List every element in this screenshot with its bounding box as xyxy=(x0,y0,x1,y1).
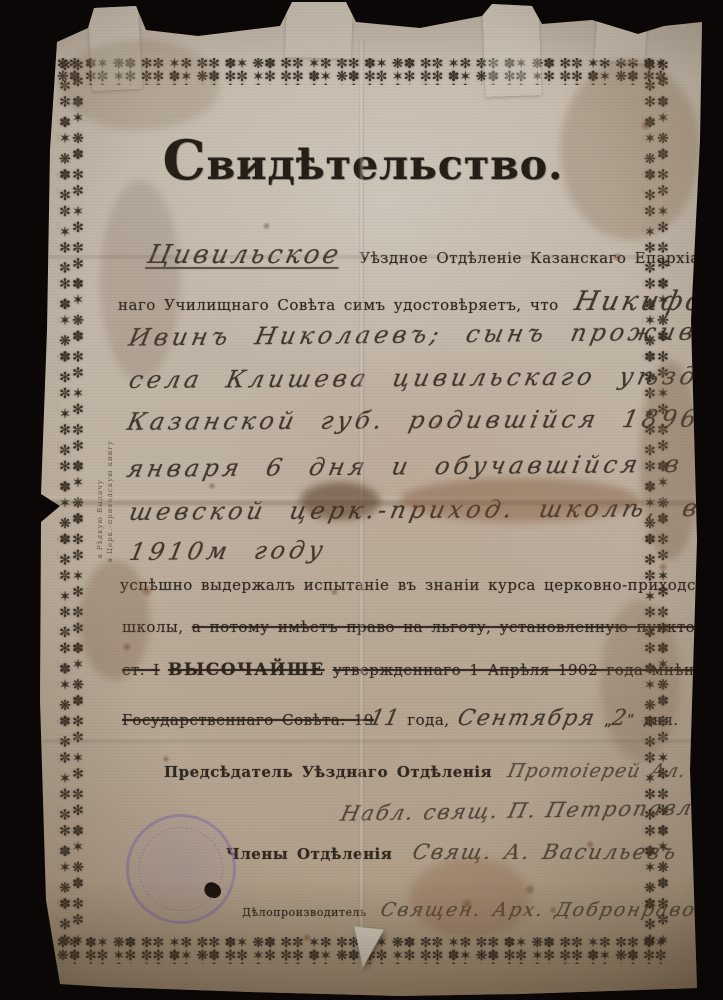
struck-privilege-text: а потому имѣетъ право на льготу, установ… xyxy=(192,618,723,636)
printed-goda: года, xyxy=(407,711,449,729)
document-paper: ✼✻ ✽✶ ❋✽ ✻✼ ✶✻ ✼✻ ✽✶ ❋✽ ✻✼ ✶✻ ✼✻ ✽✶ ❋✽ ✻… xyxy=(0,0,723,1000)
intro-line-1: Цивильское Уѣздное Отдѣленіе Казанскаго … xyxy=(148,240,723,270)
struck-article: ст. I xyxy=(122,661,160,679)
printed-law-line: ст. I ВЫСОЧАЙШЕ утвержденнаго 1 Апрѣля 1… xyxy=(122,660,710,680)
star-border-left-icon: ✼✻ ✽✶ ❋✽ ✻✼ ✶✻ ✼✻ ✽✶ ❋✽ ✻✼ ✶✻ ✼✻ ✽✶ ❋✽ ✻… xyxy=(57,58,84,964)
margin-note: в Рѣдкую Выдачу xyxy=(96,479,104,559)
printed-intro-1: Уѣздное Отдѣленіе Казанскаго Епархіаль- xyxy=(359,249,723,267)
members-label: Члены Отдѣленія xyxy=(226,845,392,863)
tape-remnant xyxy=(482,1,541,97)
tape-remnant xyxy=(285,0,353,59)
chairman-row: Предсѣдатель Уѣзднаго Отдѣленія Протоіер… xyxy=(164,760,723,782)
handwritten-place: Цивильское xyxy=(145,240,345,270)
struck-imperial-word: ВЫСОЧАЙШЕ xyxy=(168,660,325,680)
clerk-row: Дѣлопроизводитель Священ. Арх. Добронрав… xyxy=(242,899,723,921)
struck-law-rest: утвержденнаго 1 Апрѣля 1902 года мнѣнія xyxy=(333,661,710,679)
clerk-signature: Священ. Арх. Добронравовъ xyxy=(378,899,723,921)
chairman-signature: Протоіерей Ал. Вознесенскій xyxy=(506,760,723,782)
handwritten-line: 1910м году xyxy=(127,536,329,566)
member-signature: Свящ. А. Васильевъ xyxy=(410,840,680,864)
handwritten-surname: Никифоровъ xyxy=(572,286,723,317)
struck-council: Государственнаго Совѣта. 19 xyxy=(122,711,374,729)
printed-school-word: школы, xyxy=(122,618,184,636)
handwritten-line: января 6 дня и обучавшійся в Кли- xyxy=(125,449,723,483)
printed-dnya: дня. xyxy=(643,711,678,729)
handwritten-year: 11 xyxy=(367,706,401,731)
members-row: Члены Отдѣленія Свящ. А. Васильевъ xyxy=(226,840,677,864)
printed-privilege-line: школы, а потому имѣетъ право на льготу, … xyxy=(122,618,723,636)
paper-fold-corner xyxy=(350,927,384,970)
tape-remnant xyxy=(88,5,142,92)
chairman-label: Предсѣдатель Уѣзднаго Отдѣленія xyxy=(164,763,492,781)
handwritten-line: села Клишева цивильскаго уѣзда xyxy=(127,362,721,394)
intro-line-2: наго Училищнаго Совѣта симъ удостовѣряет… xyxy=(118,286,723,317)
printed-date-line: Государственнаго Совѣта. 1911 года, Сент… xyxy=(122,706,679,731)
certificate-title: Свидѣтельство. xyxy=(57,128,669,192)
handwritten-line: Казанской губ. родившійся 1896 года xyxy=(125,404,723,435)
handwritten-line: шевской церк.-приход. школѣ, в xyxy=(127,494,704,526)
printed-intro-2: наго Училищнаго Совѣта симъ удостовѣряет… xyxy=(118,296,559,314)
clerk-label: Дѣлопроизводитель xyxy=(242,906,367,919)
tape-remnant xyxy=(594,12,647,63)
margin-note: в Церк.-приходскую книгу xyxy=(106,440,114,563)
star-border-top-icon: ✼✻ ✽✶ ❋✽ ✻✼ ✶✻ ✼✻ ✽✶ ❋✽ ✻✼ ✶✻ ✼✻ ✽✶ ❋✽ ✻… xyxy=(57,58,669,85)
ink-blot xyxy=(202,881,223,900)
printed-exam-line: успѣшно выдержалъ испытаніе въ знаніи ку… xyxy=(120,576,723,594)
photo-of-certificate: ✼✻ ✽✶ ❋✽ ✻✼ ✶✻ ✼✻ ✽✶ ❋✽ ✻✼ ✶✻ ✼✻ ✽✶ ❋✽ ✻… xyxy=(0,0,723,1000)
handwritten-month: Сентября xyxy=(455,706,598,731)
